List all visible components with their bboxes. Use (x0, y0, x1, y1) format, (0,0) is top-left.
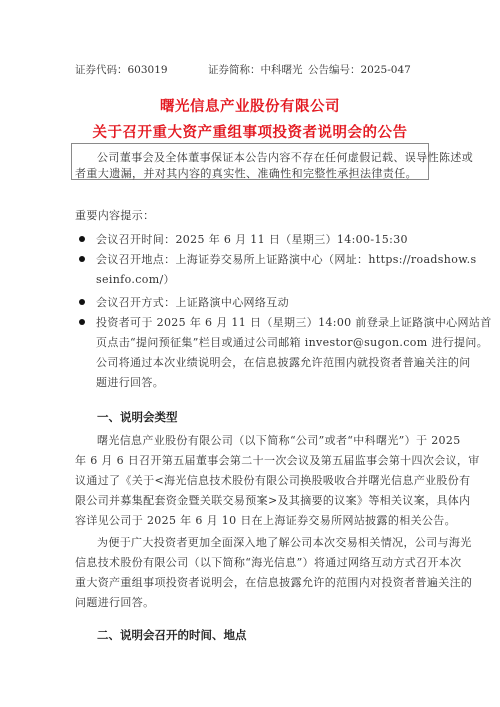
announcement-number: 公告编号：2025-047 (308, 62, 411, 77)
bullet-questions: 投资者可于 2025 年 6 月 11 日（星期三）14:00 前登录上证路演中… (96, 314, 492, 330)
company-title: 曙光信息产业股份有限公司 (0, 95, 500, 116)
bullet-meeting-location: 会议召开地点：上海证券交易所上证路演中心（网址：https://roadshow… (96, 251, 477, 267)
bullet-meeting-method: 会议召开方式：上证路演中心网络互动 (96, 294, 289, 310)
announcement-page: 证券代码：603019 证券简称：中科曙光 公告编号：2025-047 曙光信息… (0, 0, 500, 707)
stock-abbreviation: 证券简称：中科曙光 (208, 62, 303, 77)
paragraph-line: 问题进行回答。 (75, 594, 154, 610)
bullet-icon (79, 299, 85, 305)
bullet-icon (79, 256, 85, 262)
paragraph-line: 年 6 月 6 日召开第五届董事会第二十一次会议及第五届监事会第十四次会议，审 (75, 452, 480, 468)
bullet-icon (79, 319, 85, 325)
paragraph-line: 曙光信息产业股份有限公司（以下简称“公司”或者“中科曙光”）于 2025 (97, 432, 461, 448)
disclaimer-line: 公司董事会及全体董事保证本公告内容不存在任何虚假记载、误导性陈述或 (97, 149, 473, 165)
announcement-title: 关于召开重大资产重组事项投资者说明会的公告 (0, 121, 500, 142)
paragraph-line: 重大资产重组事项投资者说明会，在信息披露允许的范围内对投资者普遍关注的 (75, 574, 472, 590)
disclaimer-line: 者重大遗漏，并对其内容的真实性、准确性和完整性承担法律责任。 (75, 165, 417, 181)
bullet-questions-cont: 题进行回答。 (96, 374, 164, 390)
paragraph-line: 容详见公司于 2025 年 6 月 10 日在上海证券交易所网站披露的相关公告。 (75, 512, 456, 528)
important-label: 重要内容提示： (75, 207, 154, 223)
bullet-icon (79, 236, 85, 242)
paragraph-line: 为便于广大投资者更加全面深入地了解公司本次交易相关情况，公司与海光 (97, 534, 472, 550)
section-heading-1: 一、说明会类型 (97, 409, 178, 425)
bullet-questions-cont: 页点击“提问预征集”栏目或通过公司邮箱 investor@sugon.com 进… (96, 334, 488, 350)
paragraph-line: 信息技术股份有限公司（以下简称“海光信息”）将通过网络互动方式召开本次 (75, 554, 462, 570)
bullet-meeting-location-cont: seinfo.com/） (96, 271, 175, 287)
section-heading-2: 二、说明会召开的时间、地点 (97, 627, 247, 643)
stock-code: 证券代码：603019 (75, 62, 168, 77)
paragraph-line: 议通过了《关于<海光信息技术股份有限公司换股吸收合并曙光信息产业股份有 (75, 472, 470, 488)
bullet-questions-cont: 公司将通过本次业绩说明会，在信息披露允许范围内就投资者普遍关注的问 (96, 354, 471, 370)
bullet-meeting-time: 会议召开时间：2025 年 6 月 11 日（星期三）14:00-15:30 (96, 231, 408, 247)
paragraph-line: 限公司并募集配套资金暨关联交易预案>及其摘要的议案》等相关议案，具体内 (75, 492, 470, 508)
